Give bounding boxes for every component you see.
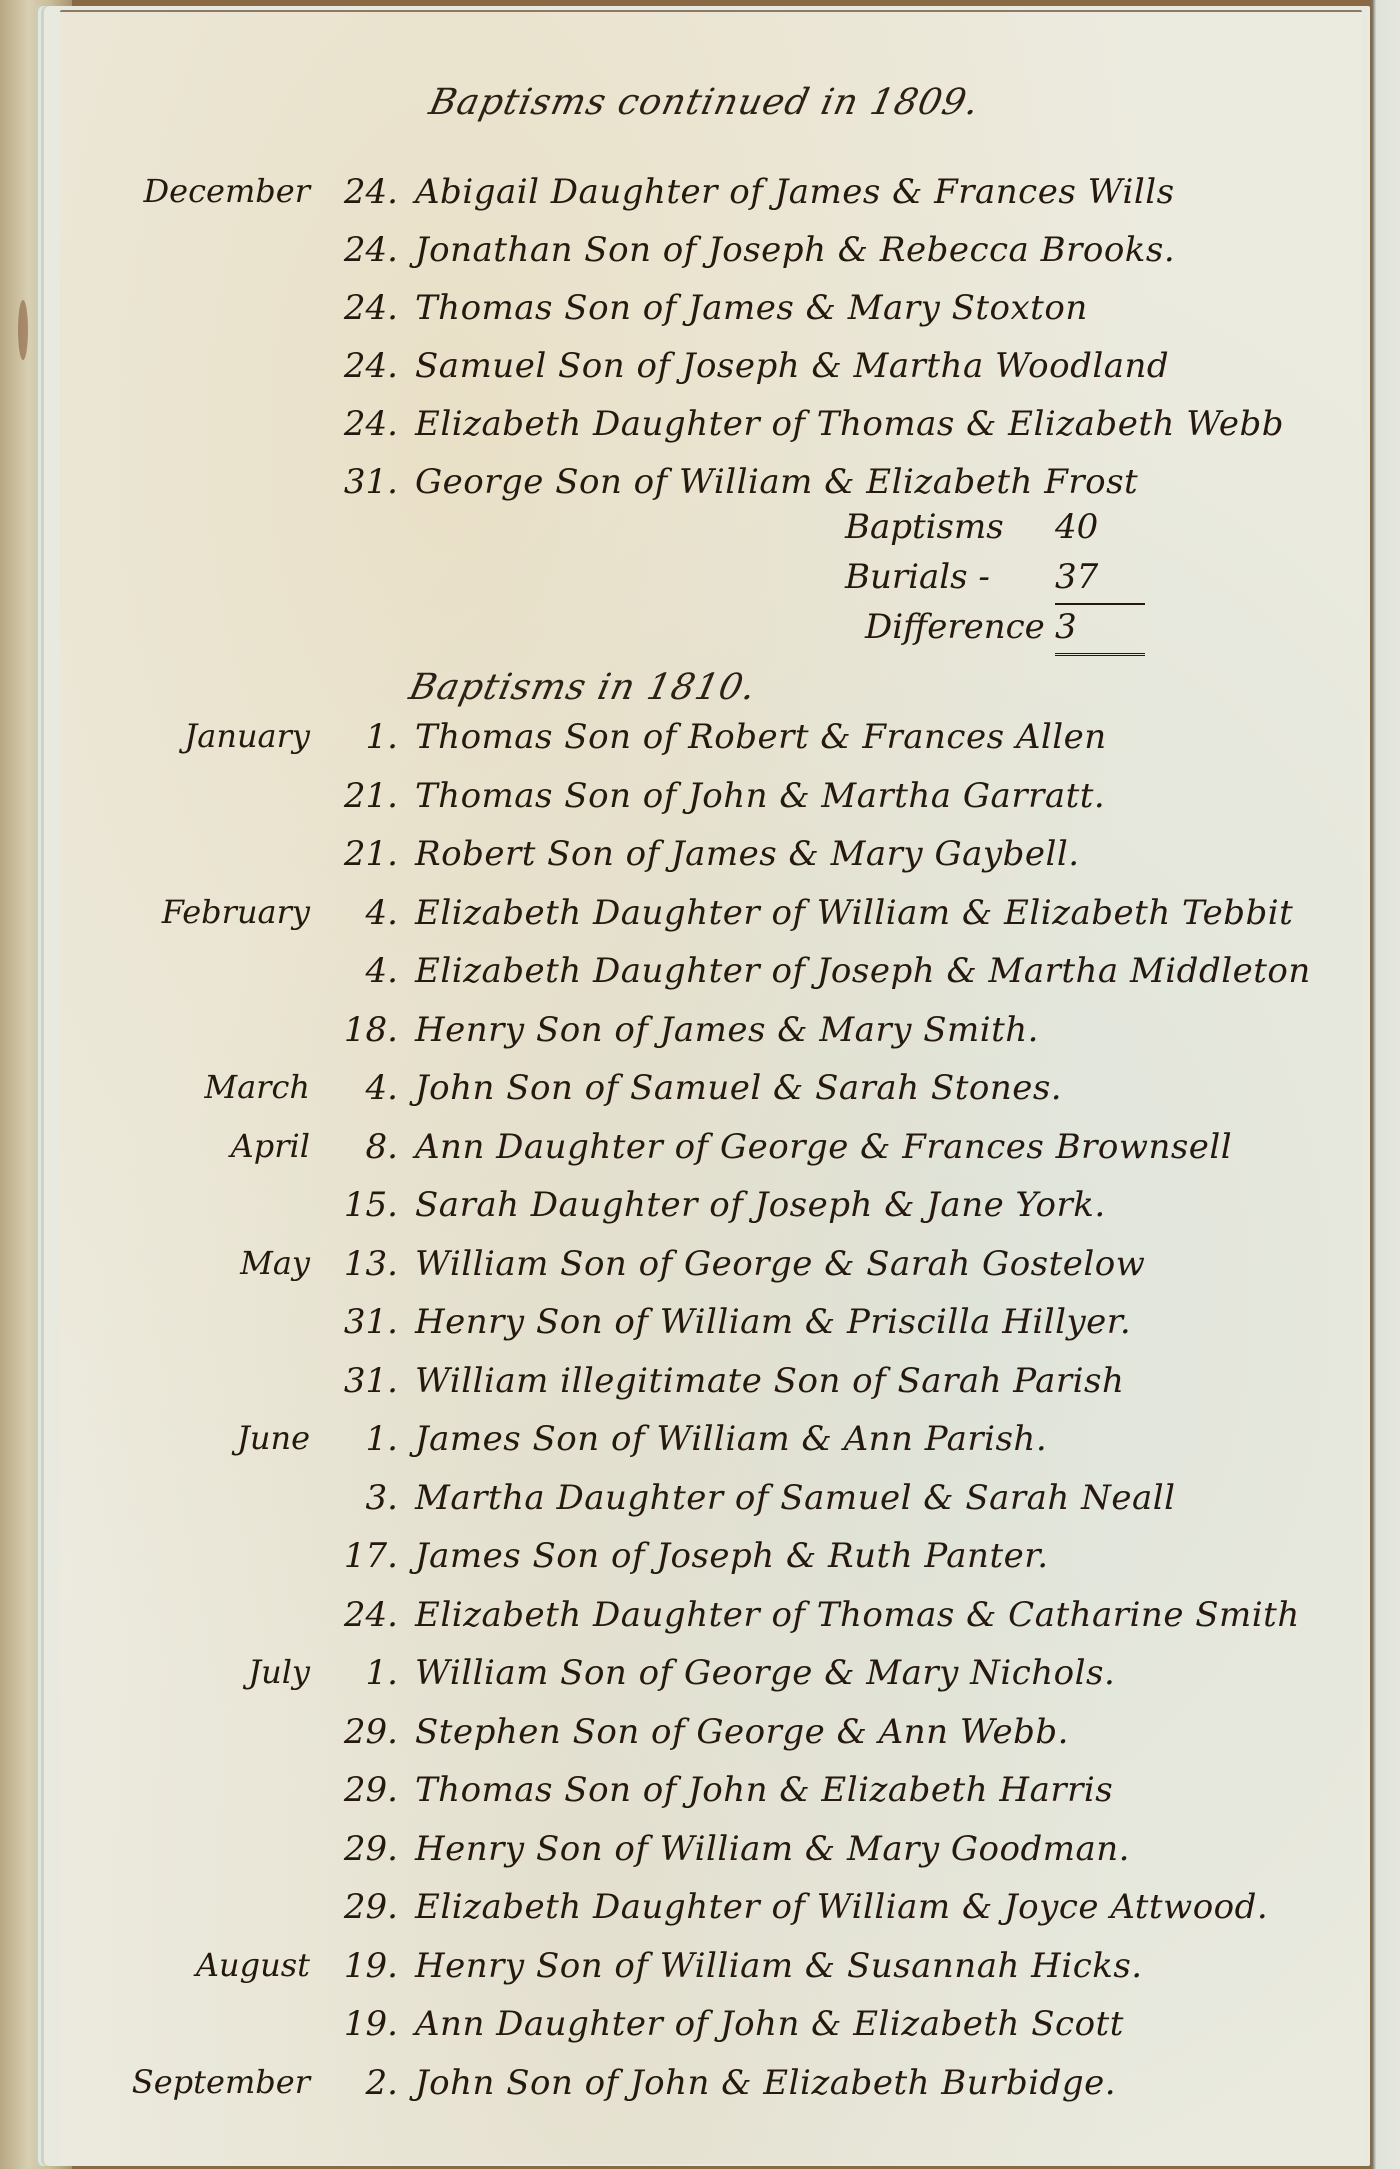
register-entry: August19.Henry Son of William & Susannah…: [60, 1946, 1362, 2006]
entry-month: June: [110, 1419, 310, 1457]
register-entry: 4.Elizabeth Daughter of Joseph & Martha …: [60, 951, 1362, 1011]
entry-text: Abigail Daughter of James & Frances Will…: [415, 172, 1175, 212]
register-entry: April8.Ann Daughter of George & Frances …: [60, 1127, 1362, 1187]
entry-text: James Son of William & Ann Parish.: [415, 1419, 1047, 1459]
entry-text: William illegitimate Son of Sarah Parish: [415, 1361, 1124, 1401]
entry-text: Sarah Daughter of Joseph & Jane York.: [415, 1185, 1106, 1225]
heading-1809: Baptisms continued in 1809.: [426, 82, 984, 123]
entry-day: 15.: [318, 1185, 398, 1225]
entry-day: 31.: [318, 1302, 398, 1342]
entry-text: William Son of George & Mary Nichols.: [415, 1653, 1115, 1693]
page-content: Baptisms continued in 1809. December24.A…: [60, 12, 1362, 2164]
entry-day: 31.: [318, 1361, 398, 1401]
entry-day: 19.: [318, 1946, 398, 1986]
entry-day: 1.: [318, 1419, 398, 1459]
register-entry: February4.Elizabeth Daughter of William …: [60, 893, 1362, 953]
register-entry: 29.Elizabeth Daughter of William & Joyce…: [60, 1887, 1362, 1947]
entry-day: 1.: [318, 717, 398, 757]
entry-day: 29.: [318, 1887, 398, 1927]
entry-day: 1.: [318, 1653, 398, 1693]
entry-text: Jonathan Son of Joseph & Rebecca Brooks.: [415, 230, 1175, 270]
register-entry: 31.Henry Son of William & Priscilla Hill…: [60, 1302, 1362, 1362]
entry-day: 17.: [318, 1536, 398, 1576]
burials-value: 37: [1055, 557, 1098, 597]
difference-value: 3: [1055, 607, 1077, 647]
register-page: Baptisms continued in 1809. December24.A…: [60, 10, 1362, 2164]
register-entry: 31.William illegitimate Son of Sarah Par…: [60, 1361, 1362, 1421]
entry-day: 19.: [318, 2004, 398, 2044]
entry-day: 29.: [318, 1829, 398, 1869]
entry-month: January: [110, 717, 310, 755]
entry-text: Thomas Son of John & Elizabeth Harris: [415, 1770, 1113, 1810]
difference-label: Difference: [845, 607, 1045, 647]
register-entry: 18.Henry Son of James & Mary Smith.: [60, 1010, 1362, 1070]
entry-text: Thomas Son of John & Martha Garratt.: [415, 776, 1105, 816]
entry-text: Elizabeth Daughter of William & Elizabet…: [415, 893, 1293, 933]
register-entry: July1.William Son of George & Mary Nicho…: [60, 1653, 1362, 1713]
entry-text: George Son of William & Elizabeth Frost: [415, 462, 1138, 502]
entry-day: 24.: [318, 346, 398, 386]
entry-month: September: [110, 2063, 310, 2101]
register-entry: 29.Henry Son of William & Mary Goodman.: [60, 1829, 1362, 1889]
entry-text: Ann Daughter of John & Elizabeth Scott: [415, 2004, 1124, 2044]
entry-text: Elizabeth Daughter of Joseph & Martha Mi…: [415, 951, 1311, 991]
entry-day: 24.: [318, 288, 398, 328]
heading-1810: Baptisms in 1810.: [406, 667, 760, 708]
entry-day: 24.: [318, 404, 398, 444]
baptisms-total-row: Baptisms 40: [845, 507, 1175, 557]
register-entry: May13.William Son of George & Sarah Gost…: [60, 1244, 1362, 1304]
register-entry: 3.Martha Daughter of Samuel & Sarah Neal…: [60, 1478, 1362, 1538]
baptisms-value: 40: [1055, 507, 1098, 547]
entry-day: 31.: [318, 462, 398, 502]
register-entry: 19.Ann Daughter of John & Elizabeth Scot…: [60, 2004, 1362, 2064]
register-entry: 17.James Son of Joseph & Ruth Panter.: [60, 1536, 1362, 1596]
entry-text: Stephen Son of George & Ann Webb.: [415, 1712, 1069, 1752]
register-entry: December24.Abigail Daughter of James & F…: [60, 172, 1362, 232]
difference-row: Difference 3: [845, 607, 1175, 657]
entry-text: Martha Daughter of Samuel & Sarah Neall: [415, 1478, 1176, 1518]
register-entry: January1.Thomas Son of Robert & Frances …: [60, 717, 1362, 777]
register-entry: 21.Thomas Son of John & Martha Garratt.: [60, 776, 1362, 836]
entry-day: 21.: [318, 834, 398, 874]
entry-month: March: [110, 1068, 310, 1106]
register-entry: 15.Sarah Daughter of Joseph & Jane York.: [60, 1185, 1362, 1245]
register-entry: 24.Samuel Son of Joseph & Martha Woodlan…: [60, 346, 1362, 406]
entry-day: 13.: [318, 1244, 398, 1284]
entry-day: 4.: [318, 951, 398, 991]
entry-text: Thomas Son of Robert & Frances Allen: [415, 717, 1107, 757]
entry-text: Henry Son of William & Susannah Hicks.: [415, 1946, 1143, 1986]
double-underline: [1055, 653, 1145, 656]
entry-day: 24.: [318, 1595, 398, 1635]
totals-summary: Baptisms 40 Burials - 37 Difference 3: [845, 507, 1175, 657]
entry-text: Thomas Son of James & Mary Stoxton: [415, 288, 1088, 328]
entry-text: Robert Son of James & Mary Gaybell.: [415, 834, 1080, 874]
burials-label: Burials -: [845, 557, 990, 597]
register-entry: 21.Robert Son of James & Mary Gaybell.: [60, 834, 1362, 894]
entry-month: May: [110, 1244, 310, 1282]
entry-day: 8.: [318, 1127, 398, 1167]
entry-day: 2.: [318, 2063, 398, 2103]
entry-month: July: [110, 1653, 310, 1691]
entry-day: 3.: [318, 1478, 398, 1518]
entry-text: Elizabeth Daughter of William & Joyce At…: [415, 1887, 1268, 1927]
entry-day: 18.: [318, 1010, 398, 1050]
register-entry: 24.Elizabeth Daughter of Thomas & Elizab…: [60, 404, 1362, 464]
register-entry: June1.James Son of William & Ann Parish.: [60, 1419, 1362, 1479]
burials-total-row: Burials - 37: [845, 557, 1175, 607]
entry-day: 4.: [318, 893, 398, 933]
entry-text: John Son of Samuel & Sarah Stones.: [415, 1068, 1062, 1108]
entry-month: August: [110, 1946, 310, 1984]
entry-day: 24.: [318, 172, 398, 212]
entry-text: James Son of Joseph & Ruth Panter.: [415, 1536, 1049, 1576]
entry-text: Henry Son of James & Mary Smith.: [415, 1010, 1039, 1050]
entry-day: 29.: [318, 1770, 398, 1810]
register-entry: 29.Thomas Son of John & Elizabeth Harris: [60, 1770, 1362, 1830]
register-entry: 24.Thomas Son of James & Mary Stoxton: [60, 288, 1362, 348]
register-entry: 24.Elizabeth Daughter of Thomas & Cathar…: [60, 1595, 1362, 1655]
entry-text: Elizabeth Daughter of Thomas & Catharine…: [415, 1595, 1300, 1635]
facing-page-edge: [1372, 0, 1400, 2169]
entry-month: February: [110, 893, 310, 931]
register-entry: 24.Jonathan Son of Joseph & Rebecca Broo…: [60, 230, 1362, 290]
entry-month: April: [110, 1127, 310, 1165]
entry-text: Samuel Son of Joseph & Martha Woodland: [415, 346, 1169, 386]
entry-text: John Son of John & Elizabeth Burbidge.: [415, 2063, 1116, 2103]
entry-month: December: [110, 172, 310, 210]
entry-text: Elizabeth Daughter of Thomas & Elizabeth…: [415, 404, 1284, 444]
entry-text: William Son of George & Sarah Gostelow: [415, 1244, 1145, 1284]
entry-text: Ann Daughter of George & Frances Brownse…: [415, 1127, 1232, 1167]
entry-text: Henry Son of William & Priscilla Hillyer…: [415, 1302, 1131, 1342]
baptisms-label: Baptisms: [845, 507, 1004, 547]
register-entry: March4.John Son of Samuel & Sarah Stones…: [60, 1068, 1362, 1128]
entry-text: Henry Son of William & Mary Goodman.: [415, 1829, 1130, 1869]
entry-day: 29.: [318, 1712, 398, 1752]
register-entry: 29.Stephen Son of George & Ann Webb.: [60, 1712, 1362, 1772]
entry-day: 4.: [318, 1068, 398, 1108]
entry-day: 21.: [318, 776, 398, 816]
register-entry: September2.John Son of John & Elizabeth …: [60, 2063, 1362, 2123]
entry-day: 24.: [318, 230, 398, 270]
sum-underline: [1055, 603, 1145, 605]
